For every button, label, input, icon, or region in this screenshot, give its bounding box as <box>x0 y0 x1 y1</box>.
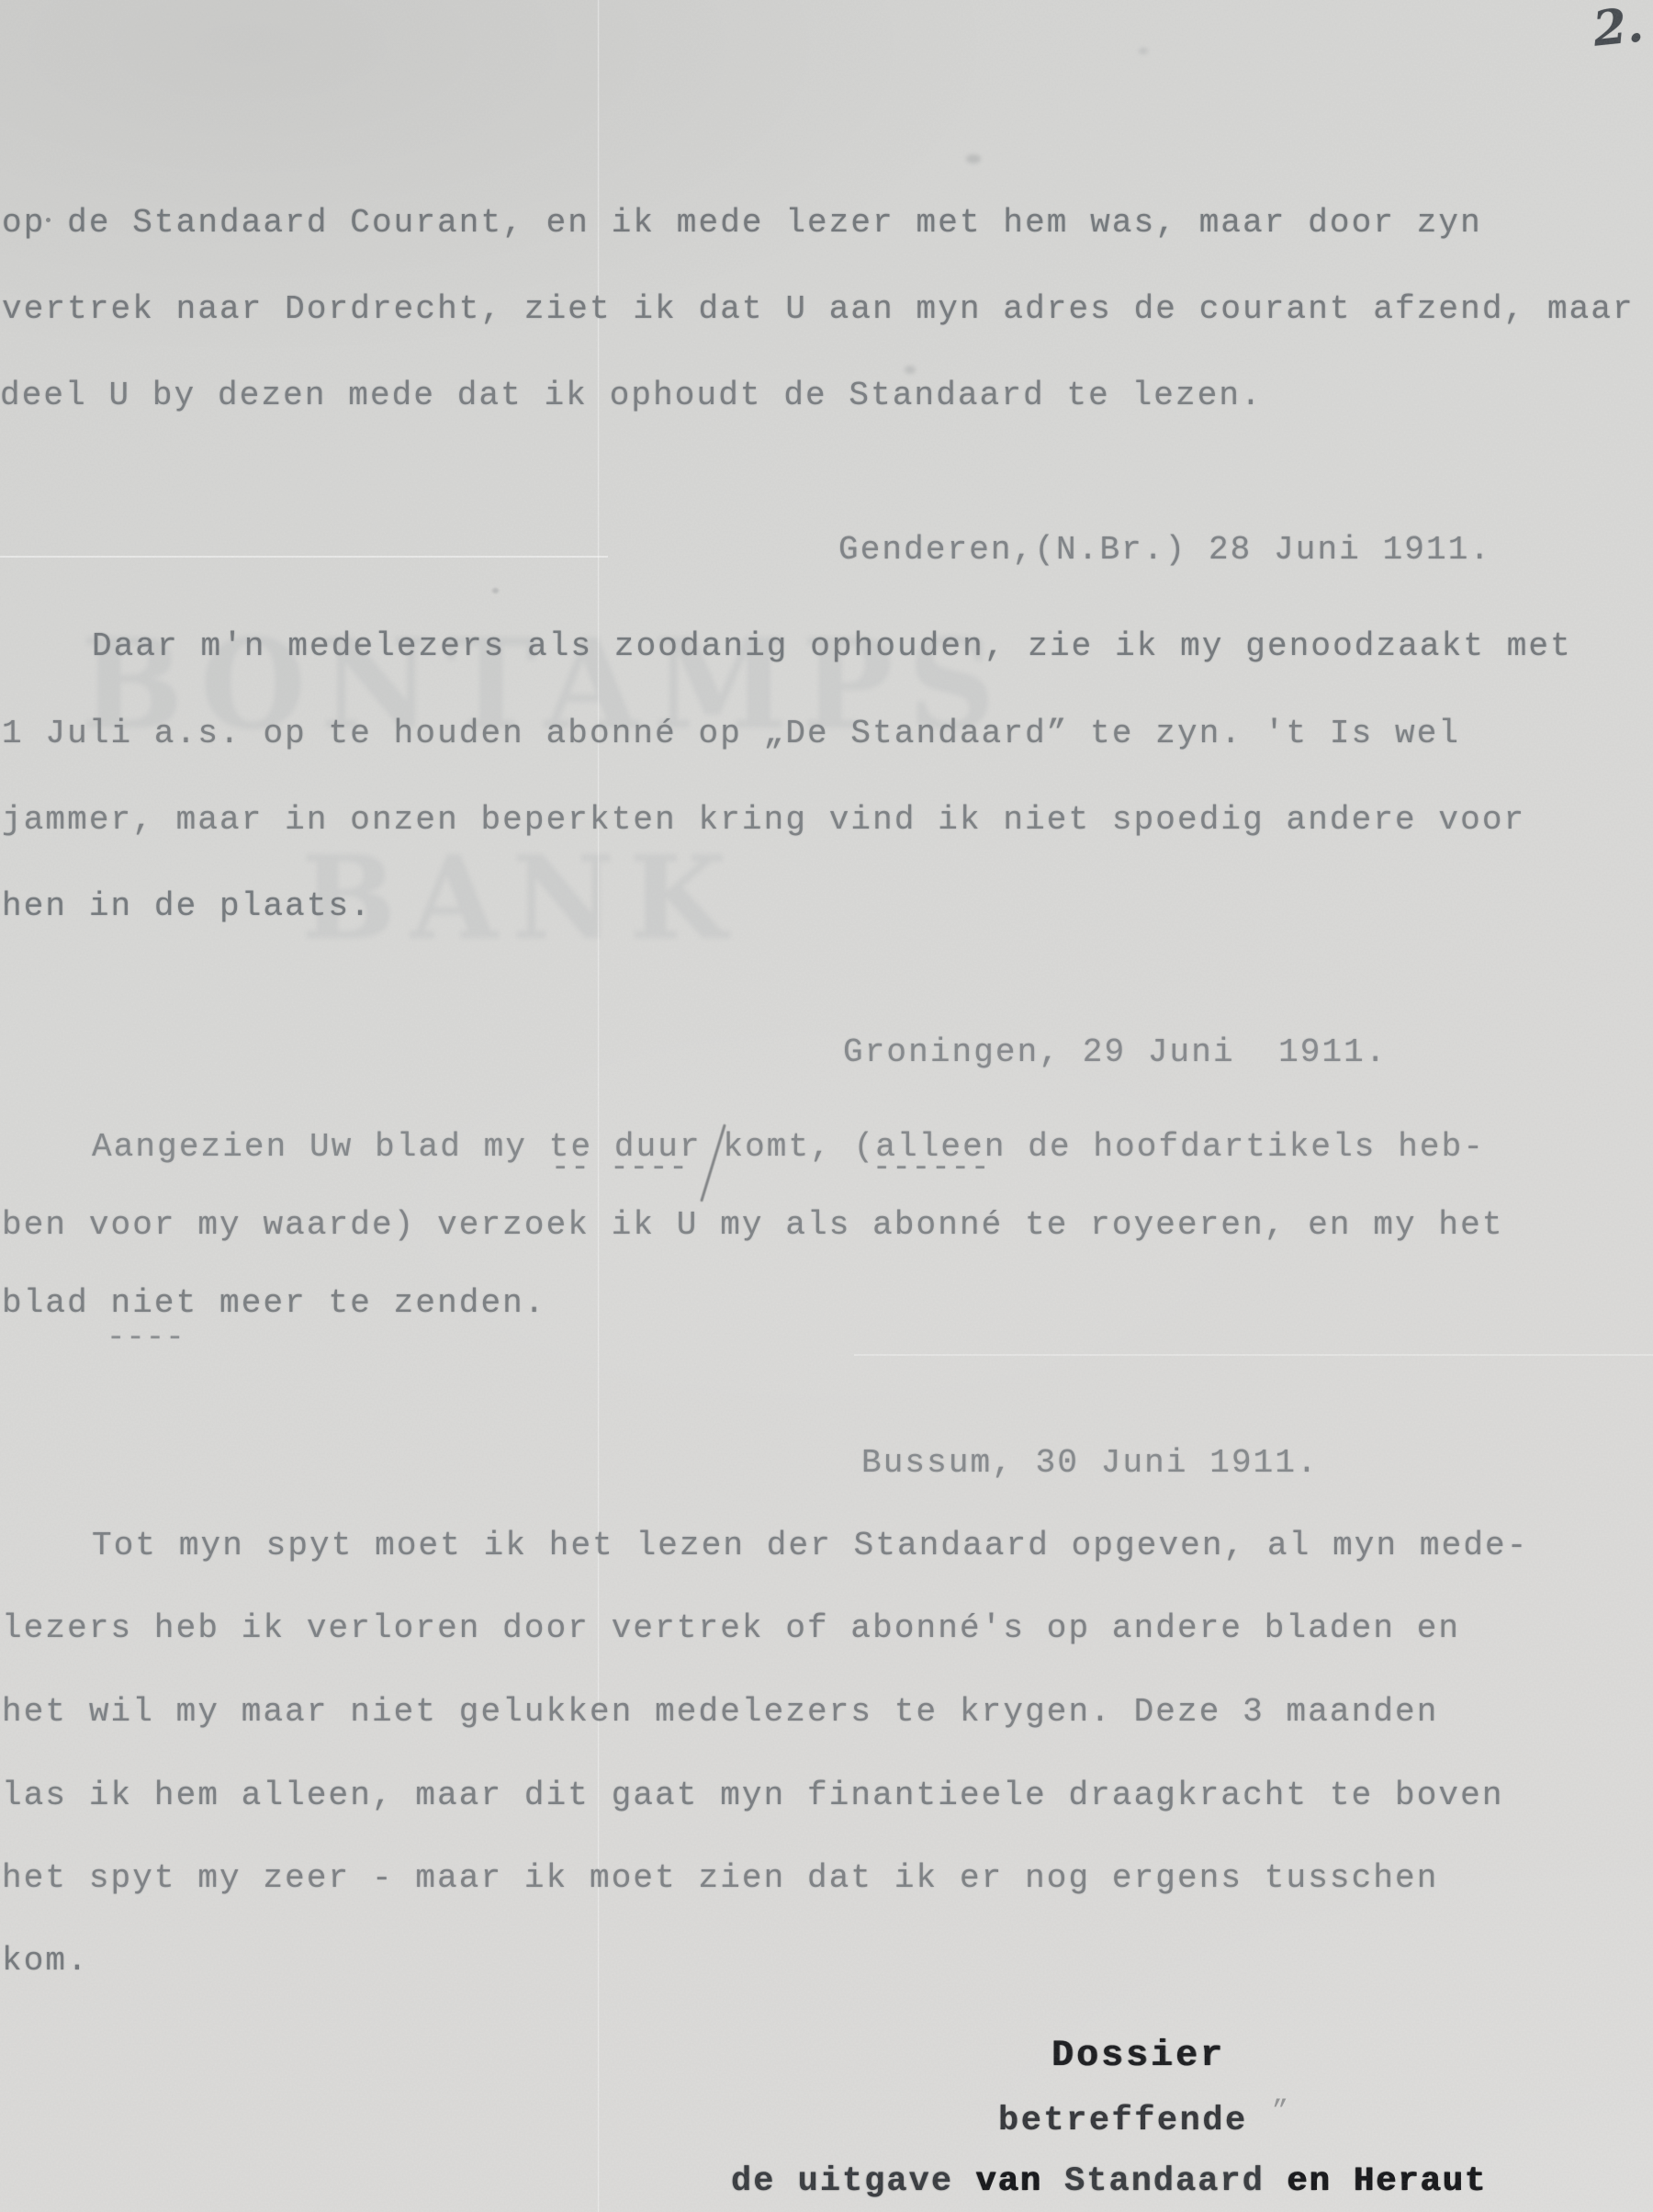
typed-line: op de Standaard Courant, en ik mede leze… <box>2 204 1482 242</box>
smudge <box>1139 48 1148 54</box>
stamp-text-segment: en Heraut <box>1287 2162 1487 2201</box>
stamp-text-segment: van <box>975 2162 1064 2201</box>
quote-mark: ” <box>1272 2098 1288 2126</box>
typed-line: het spyt my zeer - maar ik moet zien dat… <box>2 1859 1438 1897</box>
horizontal-crease-right <box>854 1354 1653 1356</box>
dateline-groningen: Groningen, 29 Juni 1911. <box>843 1033 1388 1071</box>
typed-line: 1 Juli a.s. op te houden abonné op „De S… <box>2 715 1460 752</box>
scanned-letter-page: BONTAMPS BANK 2. op de Standaard Courant… <box>0 0 1653 2212</box>
horizontal-crease-left <box>0 556 608 558</box>
underline-niet: ---- <box>107 1323 186 1354</box>
stamp-text-segment: Standaard <box>1064 2162 1287 2201</box>
dossier-stamp-line3: de uitgave van Standaard en Heraut <box>731 2162 1487 2201</box>
typed-line: ben voor my waarde) verzoek ik U my als … <box>2 1206 1504 1244</box>
typed-line: blad niet meer te zenden. <box>2 1284 546 1322</box>
typed-line: las ik hem alleen, maar dit gaat myn fin… <box>2 1777 1504 1814</box>
typed-line: vertrek naar Dordrecht, ziet ik dat U aa… <box>2 290 1635 328</box>
dateline-genderen: Genderen,(N.Br.) 28 Juni 1911. <box>838 531 1491 569</box>
typed-line: hen in de plaats. <box>2 887 372 925</box>
handwritten-page-number: 2. <box>1591 1 1645 53</box>
typed-line: lezers heb ik verloren door vertrek of a… <box>2 1609 1460 1647</box>
typed-line: deel U by dezen mede dat ik ophoudt de S… <box>0 377 1263 414</box>
smudge <box>966 154 981 164</box>
typed-line: Tot myn spyt moet ik het lezen der Stand… <box>92 1527 1528 1564</box>
dossier-stamp-title: Dossier <box>1051 2036 1225 2077</box>
stamp-text-segment: de uitgave <box>731 2162 975 2201</box>
underline-te-duur: -- ---- <box>551 1153 689 1184</box>
typed-line: kom. <box>2 1942 89 1980</box>
dossier-stamp-line2: betreffende <box>998 2102 1248 2140</box>
typed-line: het wil my maar niet gelukken medelezers… <box>2 1693 1438 1731</box>
smudge <box>905 366 916 374</box>
typed-line: Aangezien Uw blad my te duur komt, (alle… <box>92 1128 1485 1166</box>
underline-alleen: ------ <box>872 1153 990 1184</box>
typed-line: Daar m'n medelezers als zoodanig ophoude… <box>92 627 1572 665</box>
dateline-bussum: Bussum, 30 Juni 1911. <box>861 1444 1319 1482</box>
smudge <box>492 588 499 593</box>
typed-line: jammer, maar in onzen beperkten kring vi… <box>2 801 1525 839</box>
